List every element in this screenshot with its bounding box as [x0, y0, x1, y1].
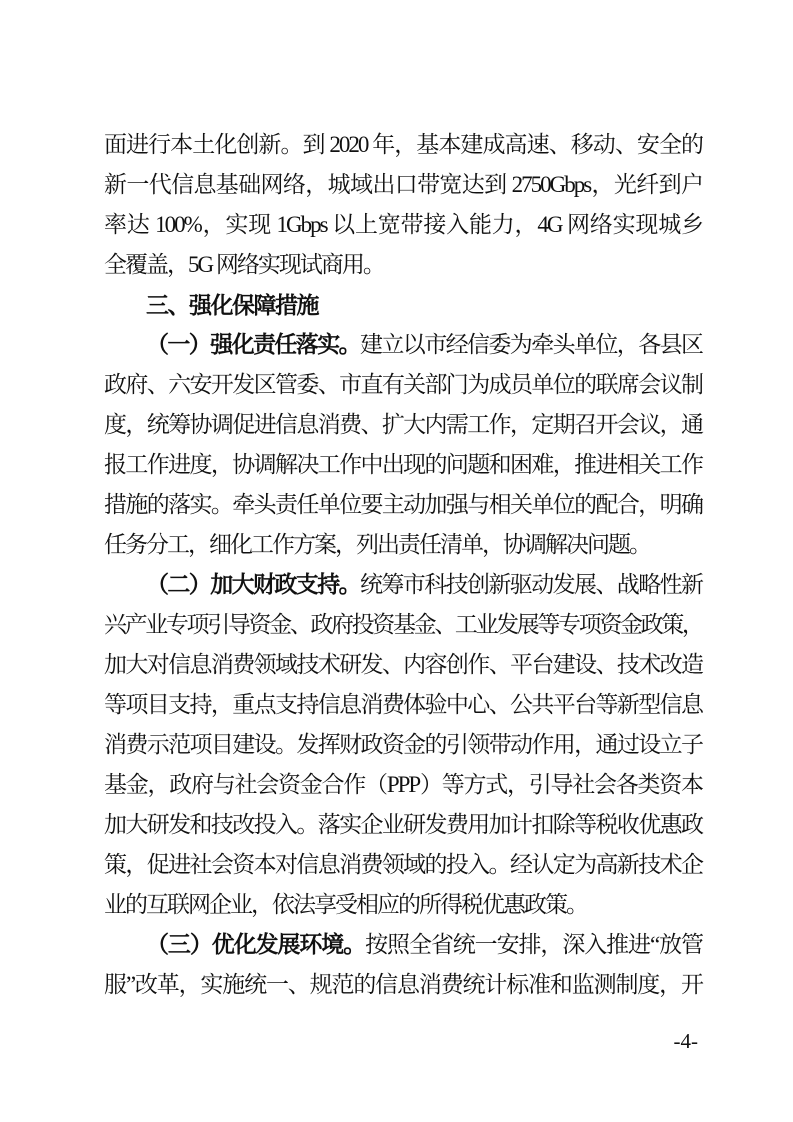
text-line: 率达 100%，实现 1Gbps 以上宽带接入能力，4G 网络实现城乡	[104, 205, 702, 245]
text-line: 全覆盖，5G 网络实现试商用。	[104, 245, 702, 285]
text-line: 业的互联网企业，依法享受相应的所得税优惠政策。	[104, 885, 702, 925]
text-line: 兴产业专项引导资金、政府投资基金、工业发展等专项资金政策，	[104, 605, 702, 645]
text-line: 措施的落实。牵头责任单位要主动加强与相关单位的配合，明确	[104, 485, 702, 525]
document-body: 面进行本土化创新。到 2020 年，基本建成高速、移动、安全的 新一代信息基础网…	[104, 125, 702, 1005]
text-line: （二）加大财政支持。统筹市科技创新驱动发展、战略性新	[104, 565, 702, 605]
subsection-lead: （一）强化责任落实。	[146, 332, 360, 357]
text-line: 度，统筹协调促进信息消费、扩大内需工作，定期召开会议，通	[104, 405, 702, 445]
text-line: （三）优化发展环境。按照全省统一安排，深入推进“放管	[104, 925, 702, 965]
text-line: 等项目支持，重点支持信息消费体验中心、公共平台等新型信息	[104, 685, 702, 725]
document-page: 面进行本土化创新。到 2020 年，基本建成高速、移动、安全的 新一代信息基础网…	[0, 0, 793, 1122]
section-heading: 三、强化保障措施	[104, 285, 702, 325]
text-line: 新一代信息基础网络，城域出口带宽达到 2750Gbps，光纤到户	[104, 165, 702, 205]
text-line: 报工作进度，协调解决工作中出现的问题和困难，推进相关工作	[104, 445, 702, 485]
text-line: 任务分工，细化工作方案，列出责任清单，协调解决问题。	[104, 525, 702, 565]
subsection-lead: （二）加大财政支持。	[146, 572, 360, 597]
page-number: -4-	[674, 1028, 699, 1054]
text-line: （一）强化责任落实。建立以市经信委为牵头单位，各县区	[104, 325, 702, 365]
text-line: 基金，政府与社会资金合作（PPP）等方式，引导社会各类资本	[104, 765, 702, 805]
text-run: 建立以市经信委为牵头单位，各县区	[360, 332, 702, 357]
subsection-lead: （三）优化发展环境。	[146, 932, 365, 957]
text-line: 面进行本土化创新。到 2020 年，基本建成高速、移动、安全的	[104, 125, 702, 165]
text-line: 消费示范项目建设。发挥财政资金的引领带动作用，通过设立子	[104, 725, 702, 765]
text-run: 统筹市科技创新驱动发展、战略性新	[360, 572, 702, 597]
text-line: 政府、六安开发区管委、市直有关部门为成员单位的联席会议制	[104, 365, 702, 405]
text-line: 加大对信息消费领域技术研发、内容创作、平台建设、技术改造	[104, 645, 702, 685]
text-line: 策，促进社会资本对信息消费领域的投入。经认定为高新技术企	[104, 845, 702, 885]
text-line: 服”改革，实施统一、规范的信息消费统计标准和监测制度，开	[104, 965, 702, 1005]
text-line: 加大研发和技改投入。落实企业研发费用加计扣除等税收优惠政	[104, 805, 702, 845]
text-run: 按照全省统一安排，深入推进“放管	[365, 932, 702, 957]
